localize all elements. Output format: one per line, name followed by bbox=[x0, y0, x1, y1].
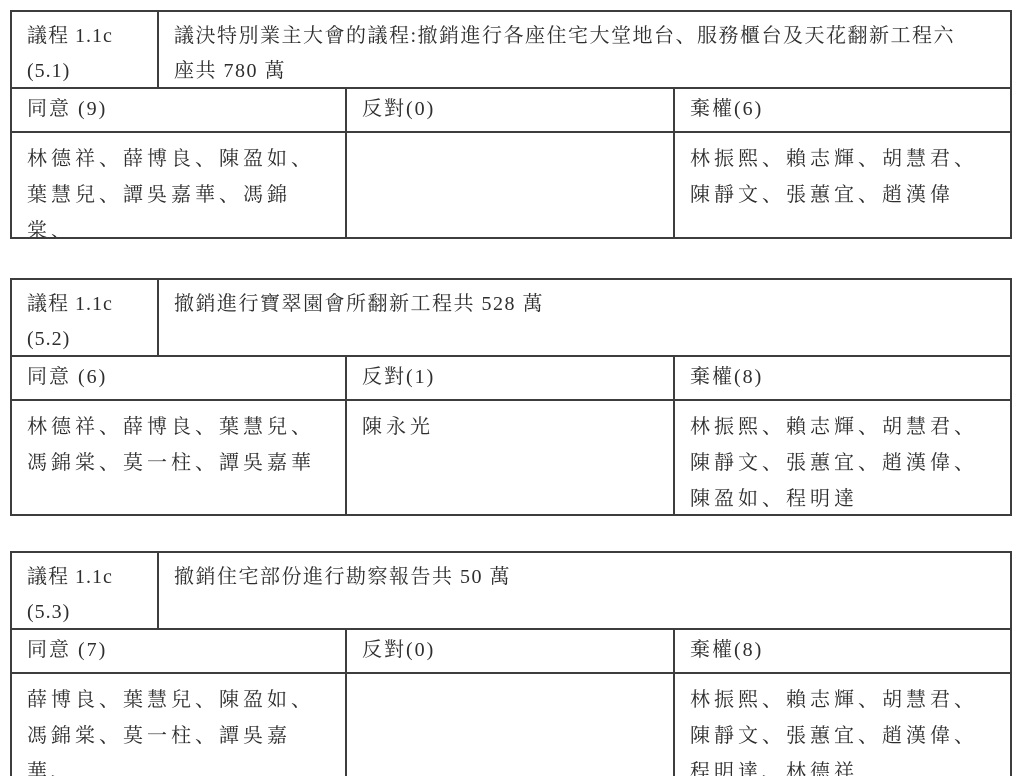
vote-header-row: 同意 (9) 反對(0) 棄權(6) bbox=[12, 89, 1010, 133]
abstain-names-cell: 林振熙、賴志輝、胡慧君、 陳靜文、張蕙宜、趙漢偉、 程明達、林德祥 bbox=[675, 674, 1010, 776]
agree-header-cell: 同意 (6) bbox=[12, 357, 347, 399]
voter-names-row: 林德祥、薛博良、陳盈如、 葉慧兒、譚吳嘉華、馮錦棠、 程明達、莫一柱、陳永光 林… bbox=[12, 133, 1010, 237]
agenda-row: 議程 1.1c (5.3) 撤銷住宅部份進行勘察報告共 50 萬 bbox=[12, 553, 1010, 630]
agenda-description-cell: 撤銷住宅部份進行勘察報告共 50 萬 bbox=[159, 553, 1010, 628]
abstain-header-cell: 棄權(8) bbox=[675, 357, 1010, 399]
abstain-header-cell: 棄權(8) bbox=[675, 630, 1010, 672]
abstain-names-cell: 林振熙、賴志輝、胡慧君、 陳靜文、張蕙宜、趙漢偉 bbox=[675, 133, 1010, 237]
vote-header-row: 同意 (6) 反對(1) 棄權(8) bbox=[12, 357, 1010, 401]
agree-names-cell: 林德祥、薛博良、葉慧兒、 馮錦棠、莫一柱、譚吳嘉華 bbox=[12, 401, 347, 514]
vote-table-5-2: 議程 1.1c (5.2) 撤銷進行寶翠園會所翻新工程共 528 萬 同意 (6… bbox=[10, 278, 1012, 516]
vote-table-5-3: 議程 1.1c (5.3) 撤銷住宅部份進行勘察報告共 50 萬 同意 (7) … bbox=[10, 551, 1012, 776]
agenda-row: 議程 1.1c (5.1) 議決特別業主大會的議程:撤銷進行各座住宅大堂地台、服… bbox=[12, 12, 1010, 89]
against-header-cell: 反對(0) bbox=[347, 89, 675, 131]
agenda-id-cell: 議程 1.1c (5.2) bbox=[12, 280, 159, 355]
voter-names-row: 林德祥、薛博良、葉慧兒、 馮錦棠、莫一柱、譚吳嘉華 陳永光 林振熙、賴志輝、胡慧… bbox=[12, 401, 1010, 514]
against-names-cell: 陳永光 bbox=[347, 401, 675, 514]
against-names-cell bbox=[347, 133, 675, 237]
voter-names-row: 薛博良、葉慧兒、陳盈如、 馮錦棠、莫一柱、譚吳嘉華、 陳永光 林振熙、賴志輝、胡… bbox=[12, 674, 1010, 776]
against-names-cell bbox=[347, 674, 675, 776]
agenda-description-cell: 議決特別業主大會的議程:撤銷進行各座住宅大堂地台、服務櫃台及天花翻新工程六 座共… bbox=[159, 12, 1010, 87]
agree-header-cell: 同意 (7) bbox=[12, 630, 347, 672]
agenda-id-cell: 議程 1.1c (5.3) bbox=[12, 553, 159, 628]
document-page: 議程 1.1c (5.1) 議決特別業主大會的議程:撤銷進行各座住宅大堂地台、服… bbox=[0, 0, 1024, 776]
agree-header-cell: 同意 (9) bbox=[12, 89, 347, 131]
against-header-cell: 反對(0) bbox=[347, 630, 675, 672]
agree-names-cell: 林德祥、薛博良、陳盈如、 葉慧兒、譚吳嘉華、馮錦棠、 程明達、莫一柱、陳永光 bbox=[12, 133, 347, 237]
agenda-row: 議程 1.1c (5.2) 撤銷進行寶翠園會所翻新工程共 528 萬 bbox=[12, 280, 1010, 357]
abstain-names-cell: 林振熙、賴志輝、胡慧君、 陳靜文、張蕙宜、趙漢偉、 陳盈如、程明達 bbox=[675, 401, 1010, 514]
agree-names-cell: 薛博良、葉慧兒、陳盈如、 馮錦棠、莫一柱、譚吳嘉華、 陳永光 bbox=[12, 674, 347, 776]
against-header-cell: 反對(1) bbox=[347, 357, 675, 399]
vote-header-row: 同意 (7) 反對(0) 棄權(8) bbox=[12, 630, 1010, 674]
agenda-id-cell: 議程 1.1c (5.1) bbox=[12, 12, 159, 87]
agenda-description-cell: 撤銷進行寶翠園會所翻新工程共 528 萬 bbox=[159, 280, 1010, 355]
vote-table-5-1: 議程 1.1c (5.1) 議決特別業主大會的議程:撤銷進行各座住宅大堂地台、服… bbox=[10, 10, 1012, 239]
abstain-header-cell: 棄權(6) bbox=[675, 89, 1010, 131]
